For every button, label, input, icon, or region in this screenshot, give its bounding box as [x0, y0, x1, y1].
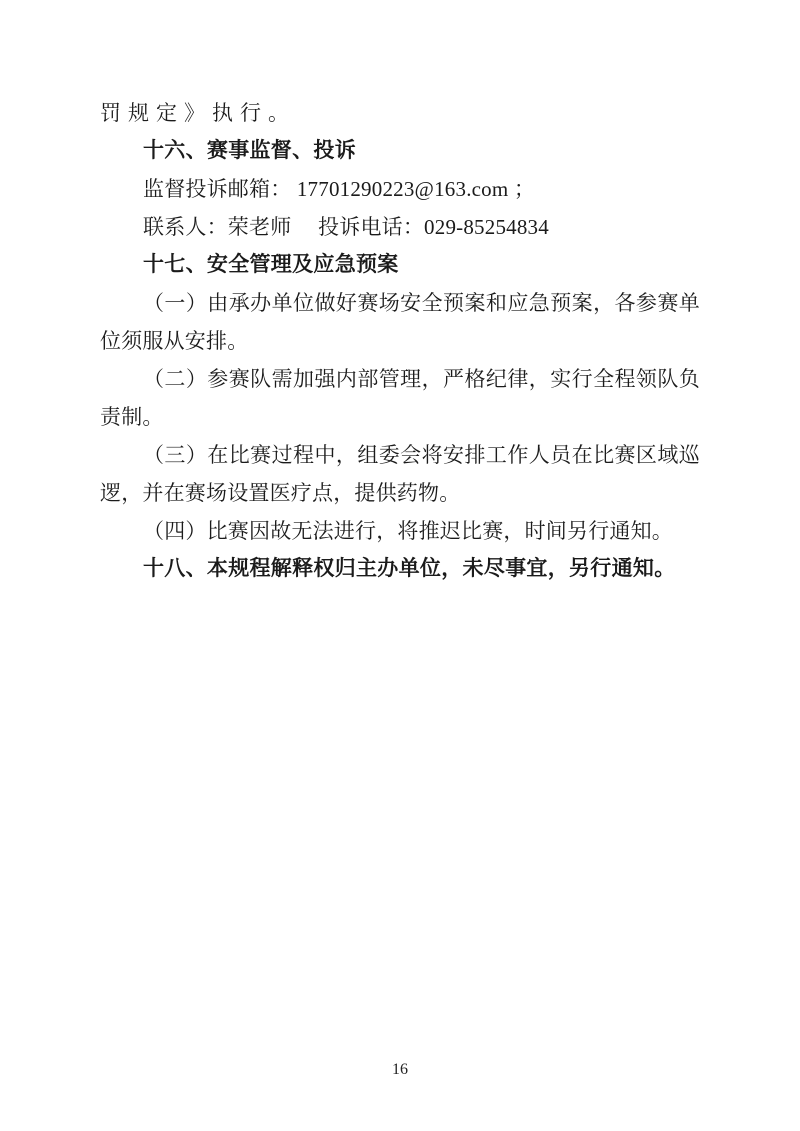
paragraph-continuation-line: 罚规定》执行。 — [100, 94, 700, 132]
item-3-line-2: 逻，并在赛场设置医疗点，提供药物。 — [100, 474, 700, 512]
item-2-line-1: （二）参赛队需加强内部管理，严格纪律，实行全程领队负 — [100, 360, 700, 398]
document-body: 罚规定》执行。 十六、赛事监督、投诉 监督投诉邮箱： 17701290223@1… — [100, 94, 700, 588]
page-number: 16 — [0, 1060, 800, 1080]
section-heading-18: 十八、本规程解释权归主办单位，未尽事宜，另行通知。 — [100, 550, 700, 588]
section-heading-16: 十六、赛事监督、投诉 — [100, 132, 700, 170]
item-1-line-2: 位须服从安排。 — [100, 322, 700, 360]
document-page: 罚规定》执行。 十六、赛事监督、投诉 监督投诉邮箱： 17701290223@1… — [0, 0, 800, 1131]
item-4-line: （四）比赛因故无法进行，将推迟比赛，时间另行通知。 — [100, 512, 700, 550]
item-1-line-1: （一）由承办单位做好赛场安全预案和应急预案，各参赛单 — [100, 284, 700, 322]
item-2-line-2: 责制。 — [100, 398, 700, 436]
contact-phone-line: 联系人：荣老师 投诉电话：029-85254834 — [100, 208, 700, 246]
supervision-email-line: 监督投诉邮箱： 17701290223@163.com ； — [100, 170, 700, 208]
section-heading-17: 十七、安全管理及应急预案 — [100, 246, 700, 284]
item-3-line-1: （三）在比赛过程中，组委会将安排工作人员在比赛区域巡 — [100, 436, 700, 474]
